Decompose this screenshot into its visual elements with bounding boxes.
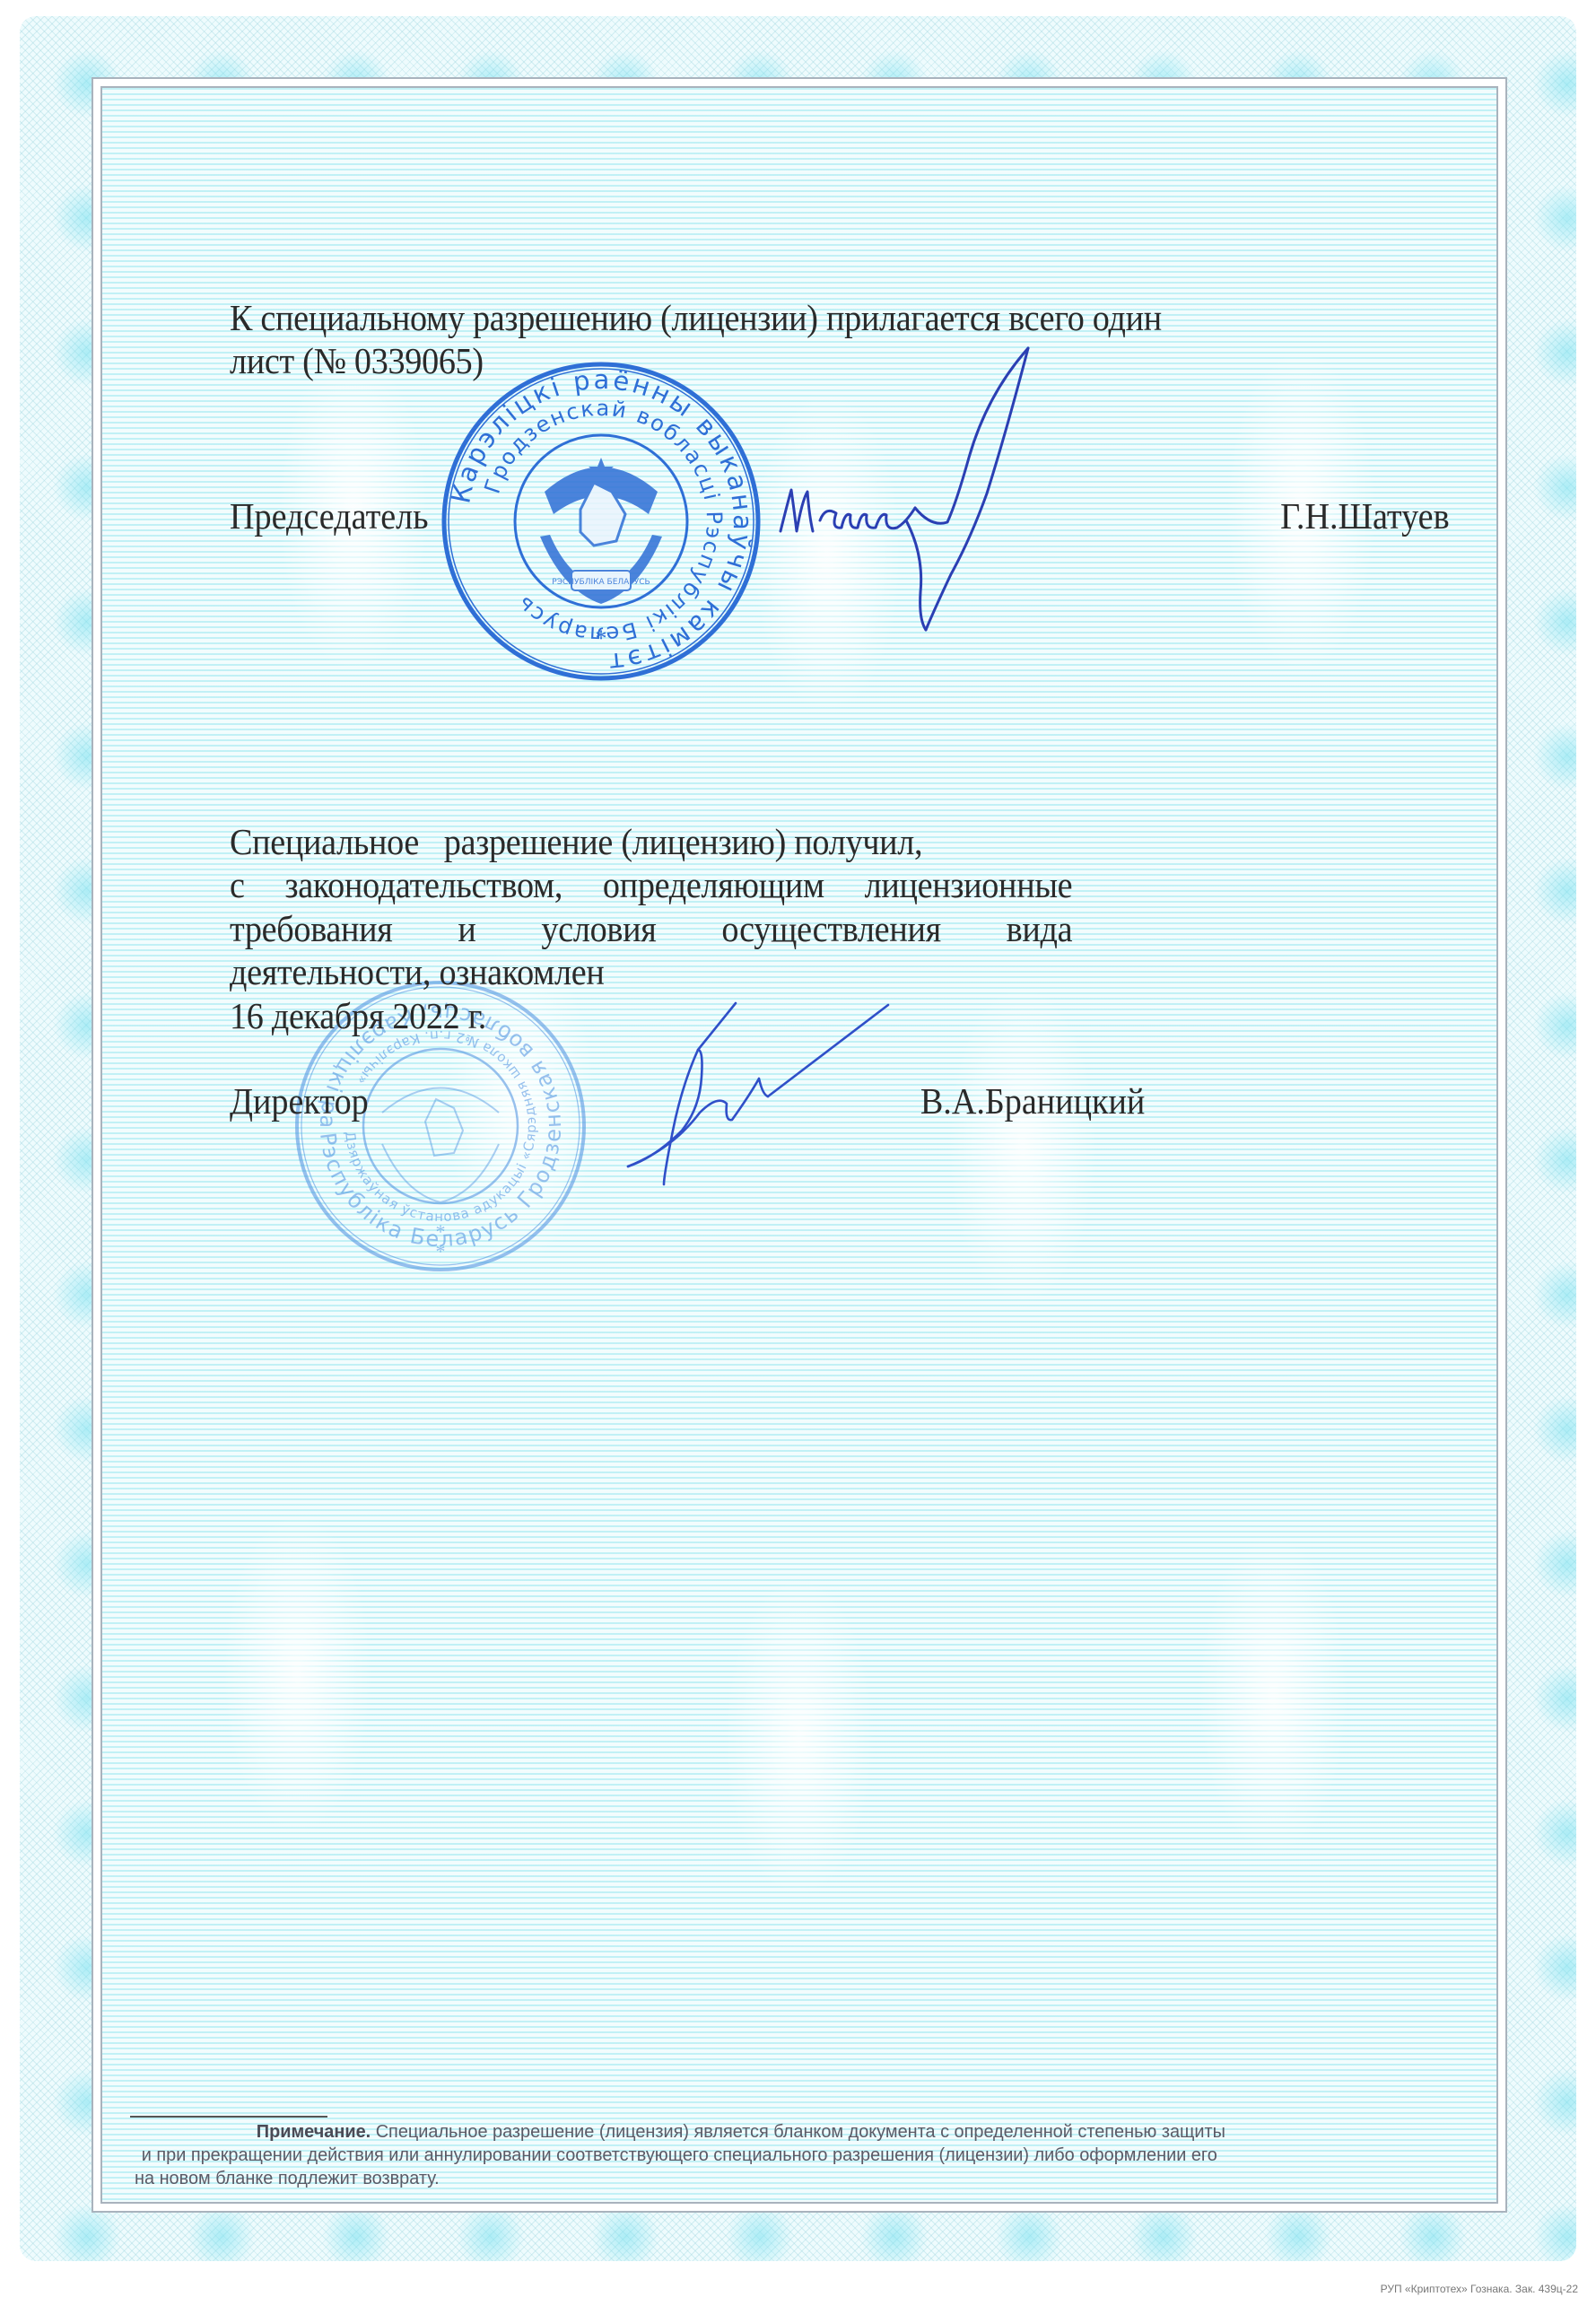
footnote-line-1: Специальное разрешение (лицензия) являет… bbox=[371, 2121, 1225, 2142]
footnote-line-3: на новом бланке подлежит возврату. bbox=[135, 2167, 1370, 2190]
svg-text:*: * bbox=[436, 1240, 446, 1262]
director-role: Директор bbox=[230, 1079, 369, 1122]
printer-imprint: РУП «Криптотех» Гознака. Зак. 439ц-22 bbox=[1381, 2283, 1578, 2295]
svg-text:РЭСПУБЛІКА БЕЛАРУСЬ: РЭСПУБЛІКА БЕЛАРУСЬ bbox=[552, 578, 650, 587]
chairman-role: Председатель bbox=[230, 494, 429, 537]
svg-text:Дзяржаўная ўстанова адукацыі «: Дзяржаўная ўстанова адукацыі «Сярэдняя ш… bbox=[342, 1027, 539, 1225]
chairman-signature bbox=[772, 323, 1041, 646]
svg-text:*: * bbox=[596, 625, 607, 651]
acknowledgement-line-3: требования и условия осуществления вида bbox=[230, 907, 1072, 950]
footnote-label: Примечание. bbox=[257, 2121, 371, 2142]
acknowledgement-line-1: Специальное разрешение (лицензию) получи… bbox=[230, 820, 1072, 863]
footnote-line-2: и при прекращении действия или аннулиров… bbox=[135, 2144, 1370, 2167]
acknowledgement-line-4: деятельности, ознакомлен bbox=[230, 950, 1072, 993]
acknowledgement-line-2: с законодательством, определяющим лиценз… bbox=[230, 863, 1072, 906]
footnote: Примечание. Специальное разрешение (лице… bbox=[135, 2120, 1370, 2190]
director-name: В.А.Браницкий bbox=[920, 1079, 1145, 1122]
official-seal-executive-committee: Карэліцкі раённы выканаўчы камітэт Гродз… bbox=[437, 357, 765, 686]
chairman-name: Г.Н.Шатуев bbox=[1281, 494, 1450, 537]
footnote-divider bbox=[130, 2116, 327, 2118]
director-signature bbox=[619, 996, 906, 1211]
